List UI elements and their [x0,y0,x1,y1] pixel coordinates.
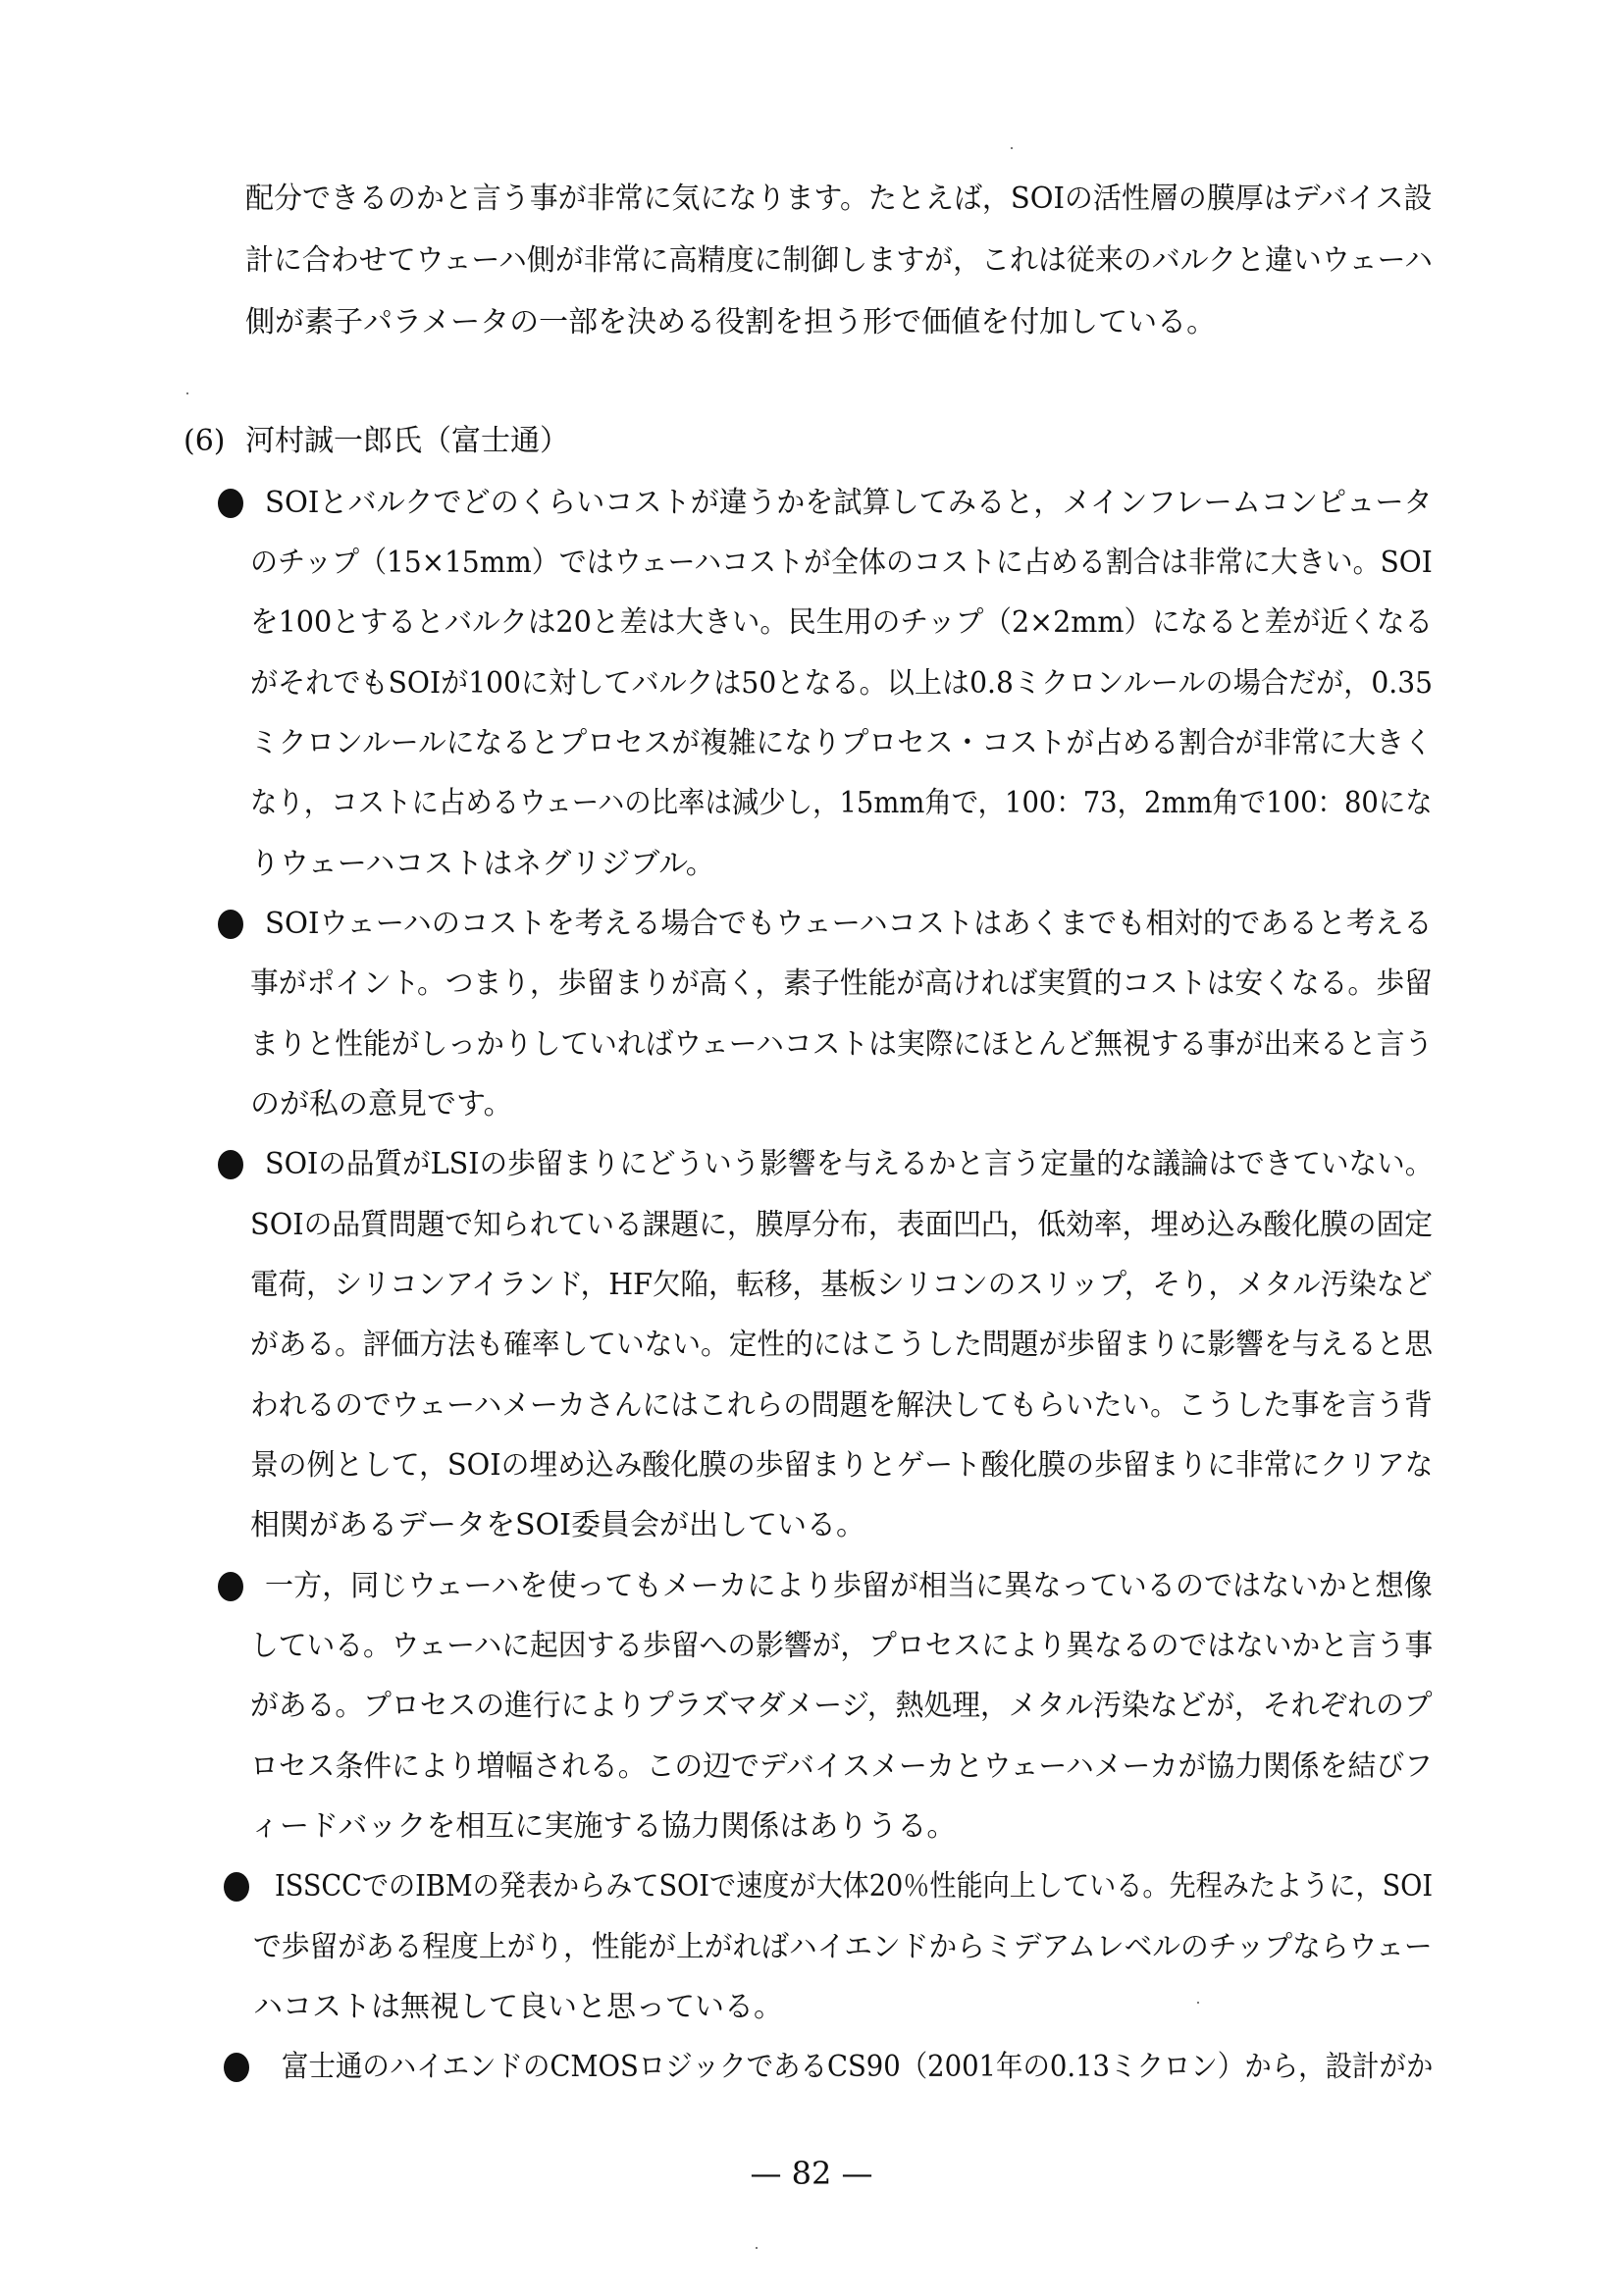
bullet-line: 電荷，シリコンアイランド，HF欠陥，転移，基板シリコンのスリップ，そり，メタル汚… [250,1266,1433,1305]
bullet-line: ISSCCでのIBMの発表からみてSOIで速度が大体20％性能向上している。先程… [275,1867,1433,1906]
bullet-line: している。ウェーハに起因する歩留への影響が，プロセスにより異なるのではないかと言… [250,1627,1433,1666]
bullet-line: 一方，同じウェーハを使ってもメーカにより歩留が相当に異なっているのではないかと想… [265,1567,1433,1606]
section-heading: (6)河村誠一郎氏（富士通） [183,422,569,461]
bullet-icon [218,489,243,518]
intro-line: 側が素子パラメータの一部を決める役割を担う形で価値を付加している。 [245,303,1216,342]
bullet-line: ミクロンルールになるとプロセスが複雑になりプロセス・コストが占める割合が非常に大… [250,724,1433,763]
bullet-line: りウェーハコストはネグリジブル。 [250,845,715,884]
bullet-line: われるのでウェーハメーカさんにはこれらの問題を解決してもらいたい。こうした事を言… [250,1386,1433,1426]
section-number: (6) [183,422,245,461]
bullet-line: を100とするとバルクは20と差は大きい。民生用のチップ（2×2mm）になると差… [250,603,1433,643]
bullet-icon [224,2053,249,2082]
bullet-line: のが私の意見です。 [250,1085,513,1124]
bullet-icon [218,1150,243,1179]
intro-line: 計に合わせてウェーハ側が非常に高精度に制御しますが，これは従来のバルクと違いウェ… [245,241,1433,281]
bullet-icon [218,1572,243,1601]
bullet-line: なり，コストに占めるウェーハの比率は減少し，15mm角で，100：73，2mm角… [250,784,1433,823]
bullet-line: 景の例として，SOIの埋め込み酸化膜の歩留まりとゲート酸化膜の歩留まりに非常にク… [250,1446,1433,1486]
bullet-line: 相関があるデータをSOI委員会が出している。 [250,1506,865,1545]
bullet-line: まりと性能がしっかりしていればウェーハコストは実際にほとんど無視する事が出来ると… [250,1025,1433,1065]
page-number: — 82 — [0,2154,1623,2193]
bullet-line: がそれでもSOIが100に対してバルクは50となる。以上は0.8ミクロンルールの… [250,664,1433,704]
bullet-line: SOIの品質がLSIの歩留まりにどういう影響を与えるかと言う定量的な議論はできて… [265,1145,1433,1184]
document-page: 配分できるのかと言う事が非常に気になります。たとえば，SOIの活性層の膜厚はデバ… [0,0,1623,2296]
bullet-line: 富士通のハイエンドのCMOSロジックであるCS90（2001年の0.13ミクロン… [282,2048,1433,2087]
intro-line: 配分できるのかと言う事が非常に気になります。たとえば，SOIの活性層の膜厚はデバ… [245,180,1433,219]
bullet-icon [218,910,243,939]
bullet-line: SOIウェーハのコストを考える場合でもウェーハコストはあくまでも相対的であると考… [265,905,1433,944]
scan-speck [1011,147,1013,149]
bullet-line: SOIとバルクでどのくらいコストが違うかを試算してみると，メインフレームコンピュ… [265,484,1433,523]
bullet-line: で歩留がある程度上がり，性能が上がればハイエンドからミデアムレベルのチップならウ… [253,1928,1433,1967]
bullet-line: がある。プロセスの進行によりプラズマダメージ，熱処理，メタル汚染などが，それぞれ… [250,1687,1433,1726]
bullet-line: のチップ（15×15mm）ではウェーハコストが全体のコストに占める割合は非常に大… [250,544,1433,583]
scan-speck [186,392,188,394]
scan-speck [1197,2002,1199,2004]
bullet-line: がある。評価方法も確率していない。定性的にはこうした問題が歩留まりに影響を与える… [250,1326,1433,1365]
bullet-line: ロセス条件により増幅される。この辺でデバイスメーカとウェーハメーカが協力関係を結… [250,1748,1433,1787]
bullet-line: 事がポイント。つまり，歩留まりが高く，素子性能が高ければ実質的コストは安くなる。… [250,965,1433,1004]
scan-speck [756,2247,758,2249]
bullet-line: SOIの品質問題で知られている課題に，膜厚分布，表面凹凸，低効率，埋め込み酸化膜… [250,1206,1433,1245]
bullet-line: ィードバックを相互に実施する協力関係はありうる。 [250,1807,956,1847]
section-title: 河村誠一郎氏（富士通） [245,424,569,458]
bullet-line: ハコストは無視して良いと思っている。 [253,1988,783,2027]
bullet-icon [224,1872,249,1902]
